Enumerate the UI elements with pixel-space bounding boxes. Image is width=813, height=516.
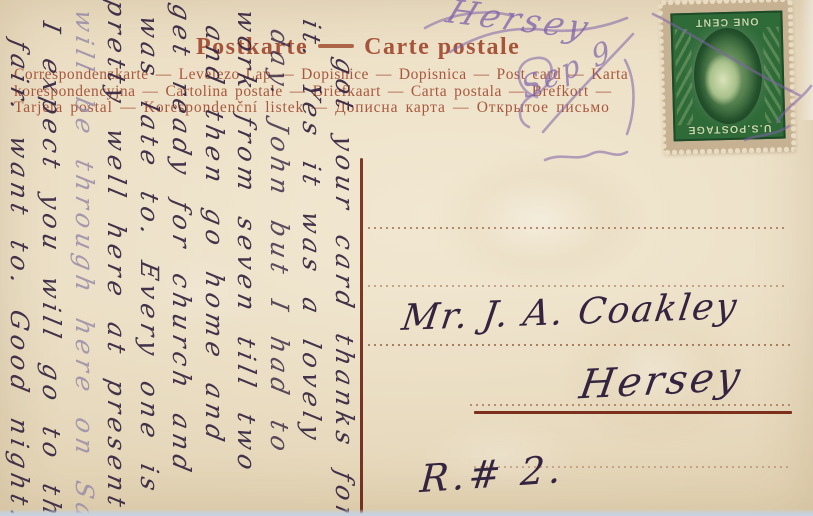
message-line: will be through here on Sat — [68, 7, 101, 516]
address-recipient-handwriting: Mr. J. A. Coakley — [399, 286, 741, 339]
postcard-back: PostkarteCarte postale Correspondenzkart… — [0, 0, 813, 516]
scan-edge — [0, 509, 813, 516]
message-line: it. Yes it was a lovely — [295, 17, 328, 516]
address-solid-line — [474, 411, 792, 414]
message-line: get ready for church and — [165, 1, 198, 516]
message-line: got your card thanks for — [328, 55, 361, 516]
message-line: day. John but I had to — [263, 27, 296, 516]
center-divider-line — [360, 158, 363, 516]
message-line: pretty well here at present — [100, 0, 133, 516]
message-line: and then go home and — [198, 23, 231, 516]
address-dotted-line — [368, 344, 792, 346]
cancellation-marks — [395, 0, 813, 175]
message-line: I expect you will go to the — [35, 19, 68, 516]
message-line: was late to. Every one is — [133, 13, 166, 516]
address-town-handwriting: Hersey — [576, 354, 746, 409]
address-dotted-line — [368, 227, 788, 229]
message-line: fair. want to. Good night. Roy — [3, 37, 36, 516]
address-route-handwriting: R.# 2. — [419, 447, 567, 501]
message-handwriting: got your card thanks for it. Yes it was … — [0, 0, 360, 516]
message-line: work from seven till two — [230, 7, 263, 516]
